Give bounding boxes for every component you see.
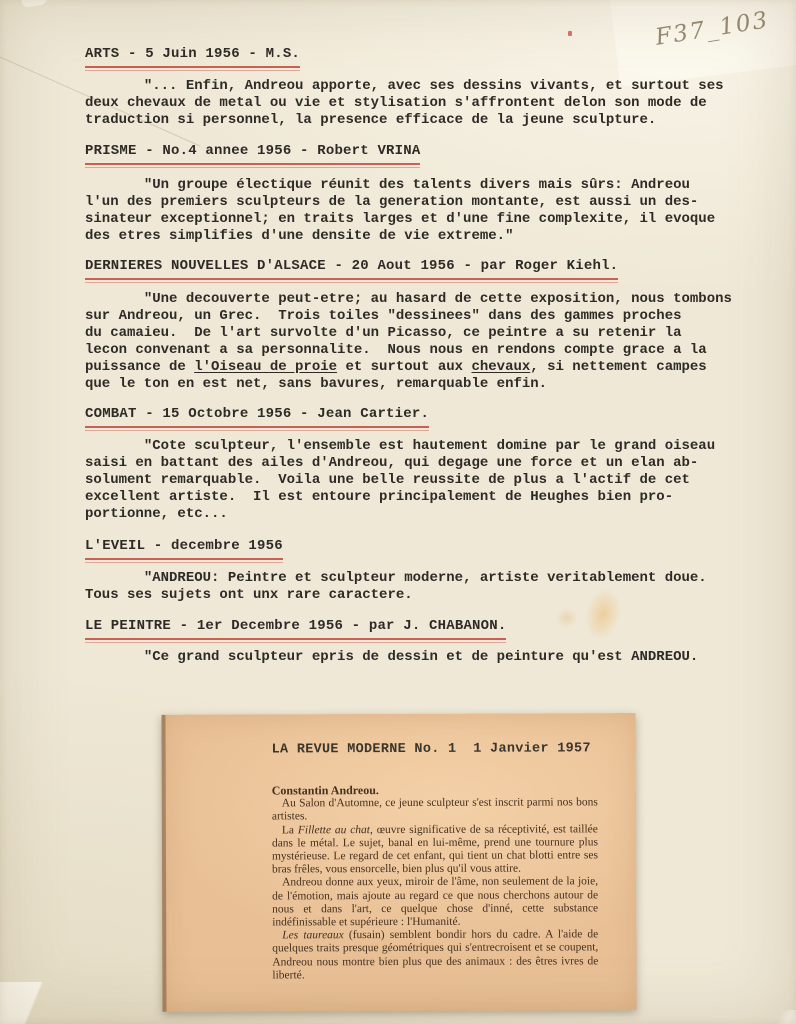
section-body-combat: "Cote sculpteur, l'ensemble est hautemen… xyxy=(85,438,735,523)
red-pencil-underline xyxy=(85,426,429,431)
newspaper-clipping: LA REVUE MODERNE No. 1 1 Janvier 1957 Co… xyxy=(161,713,636,1012)
red-pencil-underline xyxy=(85,558,283,563)
section-heading-le-peintre: LE PEINTRE - 1er Decembre 1956 - par J. … xyxy=(85,618,506,643)
section-heading-combat: COMBAT - 15 Octobre 1956 - Jean Cartier. xyxy=(85,406,429,431)
paper-tear xyxy=(21,0,48,8)
clipping-paragraph: Andreou donne aux yeux, miroir de l'âme,… xyxy=(272,876,598,930)
section-body-le-peintre: "Ce grand sculpteur epris de dessin et d… xyxy=(85,649,735,666)
clipping-paragraph: Au Salon d'Automne, ce jeune sculpteur s… xyxy=(272,797,598,825)
red-pencil-underline xyxy=(85,66,300,71)
heading-text: DERNIERES NOUVELLES D'ALSACE - 20 Aout 1… xyxy=(85,258,618,274)
clipping-source-header: LA REVUE MODERNE No. 1 1 Janvier 1957 xyxy=(272,741,591,757)
section-heading-dernieres-nouvelles: DERNIERES NOUVELLES D'ALSACE - 20 Aout 1… xyxy=(85,258,618,283)
section-heading-eveil: L'EVEIL - decembre 1956 xyxy=(85,538,283,563)
clipping-paragraph: Les taureaux (fusain) semblent bondir ho… xyxy=(272,929,598,983)
red-ink-speck xyxy=(568,31,572,36)
heading-text: PRISME - No.4 annee 1956 - Robert VRINA xyxy=(85,143,420,159)
section-heading-arts: ARTS - 5 Juin 1956 - M.S. xyxy=(85,46,300,71)
clipping-paragraph: La Fillette au chat, œuvre significative… xyxy=(272,823,598,877)
paper-stain xyxy=(556,608,578,628)
red-pencil-underline xyxy=(85,278,618,283)
scanned-document-page: { "theme": { "paper": "#efe8d6", "ink": … xyxy=(0,0,796,1024)
red-pencil-underline xyxy=(85,638,506,643)
paper-fold-corner xyxy=(0,982,80,1024)
section-body-dernieres-nouvelles: "Une decouverte peut-etre; au hasard de … xyxy=(85,291,735,393)
red-pencil-underline xyxy=(85,163,420,168)
heading-text: L'EVEIL - decembre 1956 xyxy=(85,538,283,554)
heading-text: ARTS - 5 Juin 1956 - M.S. xyxy=(85,46,300,62)
section-body-eveil: "ANDREOU: Peintre et sculpteur moderne, … xyxy=(85,570,735,604)
clipping-article: Constantin Andreou. Au Salon d'Automne, … xyxy=(272,783,599,982)
section-heading-prisme: PRISME - No.4 annee 1956 - Robert VRINA xyxy=(85,143,420,168)
clipping-article-title: Constantin Andreou. xyxy=(272,783,598,797)
paper-edge-sliver xyxy=(766,1010,796,1024)
heading-text: COMBAT - 15 Octobre 1956 - Jean Cartier. xyxy=(85,406,429,422)
section-body-prisme: "Un groupe électique réunit des talents … xyxy=(85,177,735,245)
heading-text: LE PEINTRE - 1er Decembre 1956 - par J. … xyxy=(85,618,506,634)
section-body-arts: "... Enfin, Andreou apporte, avec ses de… xyxy=(85,78,735,129)
